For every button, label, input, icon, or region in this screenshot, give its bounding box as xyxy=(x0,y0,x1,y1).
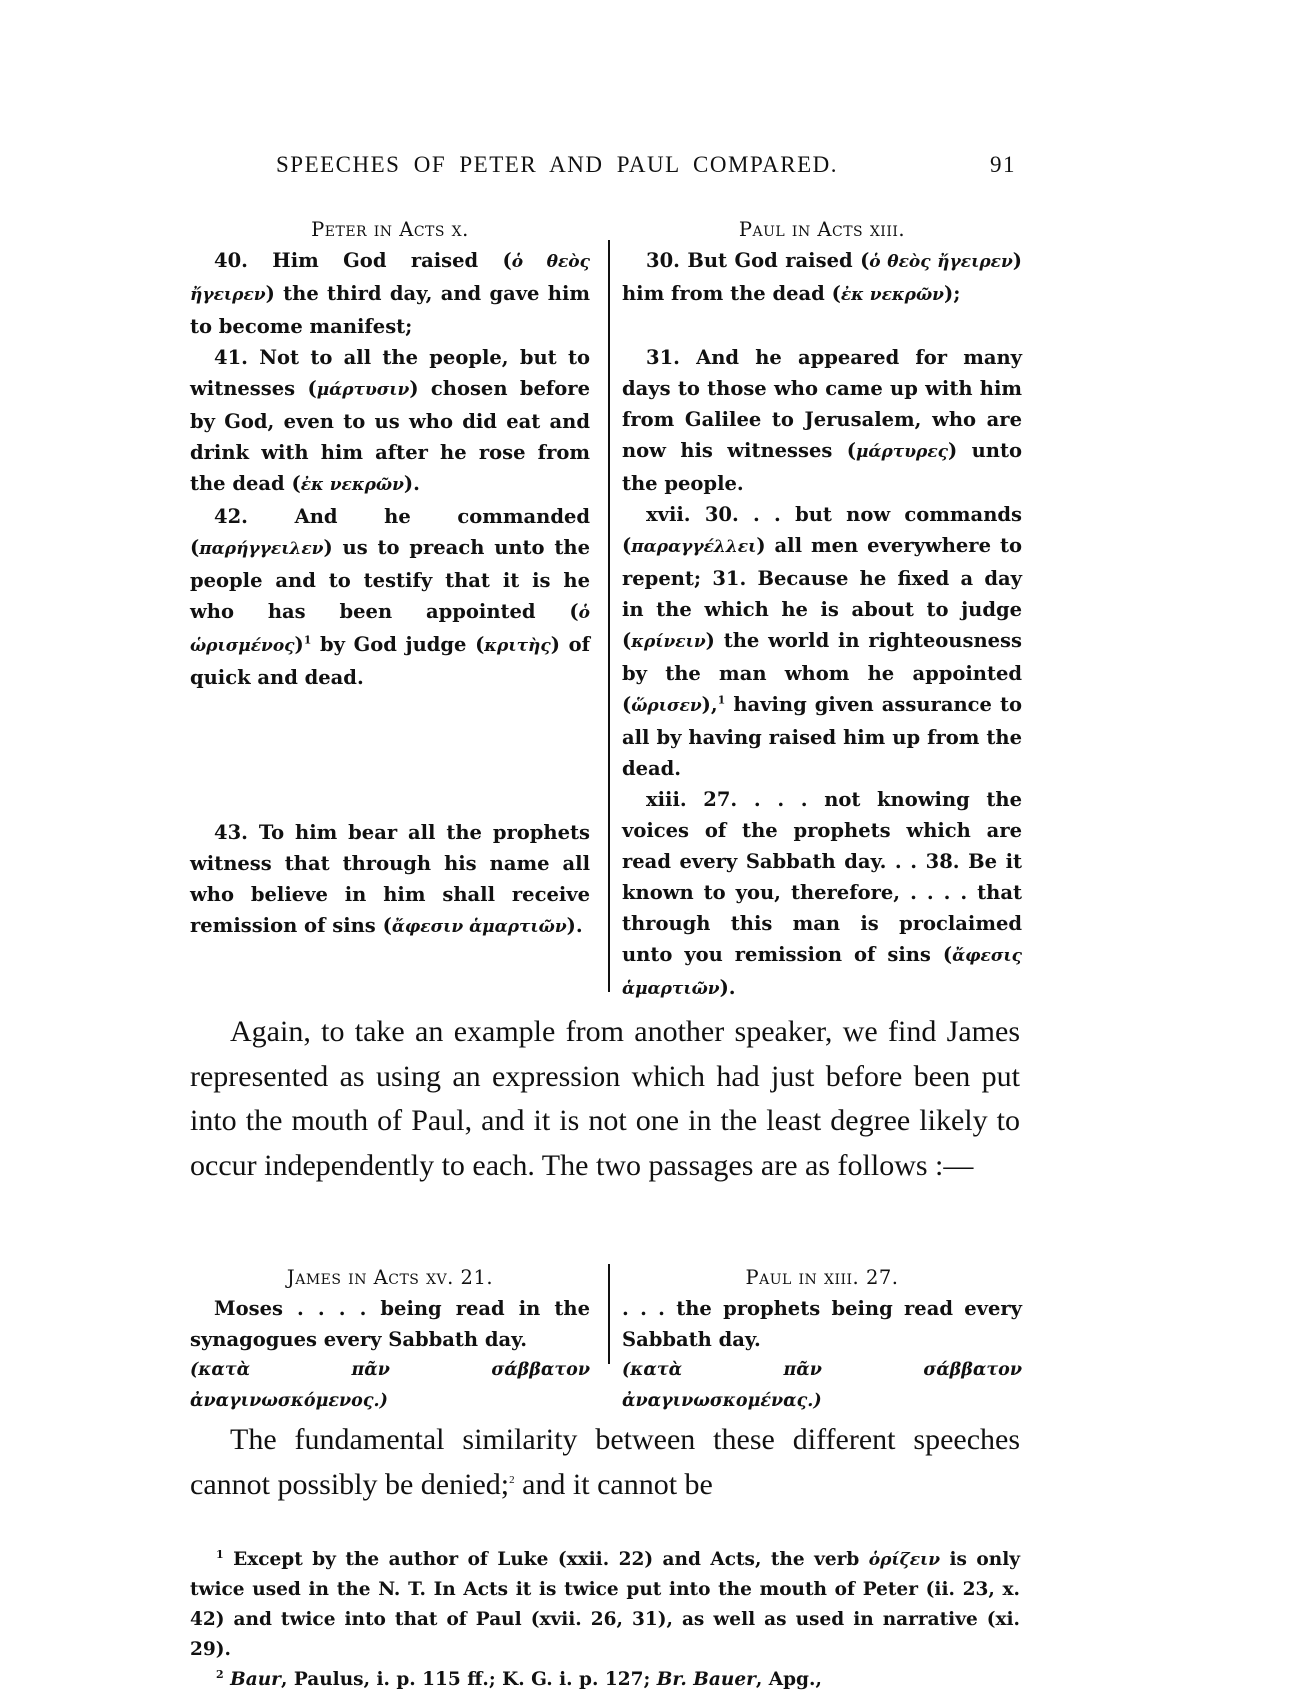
comparison-table-peter-paul: Peter in Acts x. 40. Him God raised (ὁ θ… xyxy=(190,214,1020,994)
verse-text: ). xyxy=(404,472,420,495)
column-heading: Peter in Acts x. xyxy=(190,214,590,245)
author-name: Baur xyxy=(230,1669,281,1690)
running-head-title: SPEECHES OF PETER AND PAUL COMPARED. xyxy=(276,152,838,178)
verse-text: ), xyxy=(702,693,718,716)
footnote-text: , Paulus, i. p. 115 ff.; K. G. i. p. 127… xyxy=(281,1669,657,1690)
body-paragraph-1: Again, to take an example from another s… xyxy=(190,1010,1020,1188)
footnote-2: 2 Baur, Paulus, i. p. 115 ff.; K. G. i. … xyxy=(190,1665,1020,1695)
greek-text: ἐκ νεκρῶν xyxy=(301,475,404,495)
footnote-text: Except by the author of Luke (xxii. 22) … xyxy=(224,1549,869,1570)
verse-text: xiii. 27. . . . not knowing the voices o… xyxy=(622,788,1022,966)
page-number: 91 xyxy=(990,152,1016,178)
greek-text: ὥρισεν xyxy=(631,696,701,716)
greek-text: ὁ θεὸς ἤγειρεν xyxy=(869,252,1012,272)
verse-30: 30. But God raised (ὁ θεὸς ἤγειρεν) him … xyxy=(622,245,1022,311)
verse-text: 30. But God raised ( xyxy=(646,249,869,272)
footnote-1: 1 Except by the author of Luke (xxii. 22… xyxy=(190,1545,1020,1665)
body-paragraph-2: The fundamental similarity between these… xyxy=(190,1418,1020,1507)
column-heading: James in Acts xv. 21. xyxy=(190,1262,590,1293)
footnote-marker: 2 xyxy=(216,1668,224,1681)
column-paul: Paul in Acts xiii. 30. But God raised (ὁ… xyxy=(622,214,1022,1005)
passage-text: . . . the prophets being read every Sabb… xyxy=(622,1293,1022,1355)
verse-41: 41. Not to all the people, but to witnes… xyxy=(190,342,590,501)
comparison-table-james-paul: James in Acts xv. 21. Moses . . . . bein… xyxy=(190,1262,1020,1372)
verse-text: ); xyxy=(944,282,960,305)
greek-text: ἐκ νεκρῶν xyxy=(841,285,944,305)
greek-text: (κατὰ πᾶν σάββατον ἀναγινωσκόμενος.) xyxy=(190,1355,590,1417)
verse-text: ) xyxy=(295,633,304,656)
greek-text: ἄφεσιν ἁμαρτιῶν xyxy=(392,917,567,937)
verse-40: 40. Him God raised (ὁ θεὸς ἤγειρεν) the … xyxy=(190,245,590,342)
verse-text: by God judge ( xyxy=(311,633,484,656)
footnote-text: , Apg., xyxy=(756,1669,822,1690)
verse-42: 42. And he commanded (παρήγγειλεν) us to… xyxy=(190,501,590,693)
verse-text: ). xyxy=(567,914,583,937)
verse-43: 43. To him bear all the prophets witness… xyxy=(190,817,590,943)
passage-text: Moses . . . . being read in the synagogu… xyxy=(190,1293,590,1355)
verse-xiii-27: xiii. 27. . . . not knowing the voices o… xyxy=(622,784,1022,1005)
column-heading: Paul in xiii. 27. xyxy=(622,1262,1022,1293)
column-peter: Peter in Acts x. 40. Him God raised (ὁ θ… xyxy=(190,214,590,943)
greek-text: ὁρίζειν xyxy=(869,1550,940,1570)
verse-text: ). xyxy=(720,976,736,999)
greek-text: μάρτυρες xyxy=(856,442,948,462)
greek-text: κρίνειν xyxy=(631,632,705,652)
verse-text: 40. Him God raised ( xyxy=(214,249,512,272)
greek-text: κριτὴς xyxy=(484,636,550,656)
column-divider xyxy=(608,1264,610,1364)
greek-text: μάρτυσιν xyxy=(317,380,410,400)
column-divider xyxy=(608,240,610,992)
footnotes: 1 Except by the author of Luke (xxii. 22… xyxy=(190,1545,1020,1695)
column-paul: Paul in xiii. 27. . . . the prophets bei… xyxy=(622,1262,1022,1417)
greek-text: παρήγγειλεν xyxy=(199,539,323,559)
author-name: Br. Bauer xyxy=(657,1669,756,1690)
footnote-marker: 1 xyxy=(216,1548,224,1561)
greek-text: (κατὰ πᾶν σάββατον ἀναγινωσκομένας.) xyxy=(622,1355,1022,1417)
verse-xvii-30: xvii. 30. . . but now commands (παραγγέλ… xyxy=(622,499,1022,784)
verse-31: 31. And he appeared for many days to tho… xyxy=(622,342,1022,499)
book-page: SPEECHES OF PETER AND PAUL COMPARED. 91 … xyxy=(0,0,1292,1700)
paragraph-text: and it cannot be xyxy=(515,1468,713,1501)
column-james: James in Acts xv. 21. Moses . . . . bein… xyxy=(190,1262,590,1417)
greek-text: παραγγέλλει xyxy=(631,537,756,557)
column-heading: Paul in Acts xiii. xyxy=(622,214,1022,245)
